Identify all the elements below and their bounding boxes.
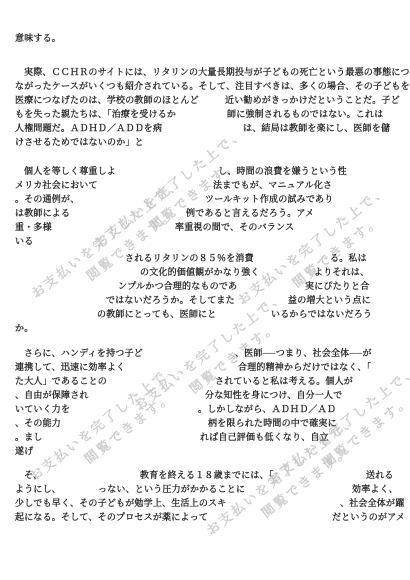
text-fragment: ンプルかつ合理的なものであ — [118, 281, 237, 291]
text-fragment: 人権問題だ。ＡＤＨＤ／ＡＤＤを病 — [15, 123, 162, 133]
text-fragment: 効率よく、 — [352, 484, 398, 494]
text-fragment: 、医師──つまり、社会全体──が — [235, 348, 372, 358]
text-fragment: 医療につなげたのは、学校の教師のほとんど — [15, 95, 199, 105]
text-fragment: だというのがアメ — [332, 512, 405, 522]
text-fragment: っない、という圧力がかかることに — [98, 484, 245, 494]
text-fragment: そ、 — [24, 470, 42, 480]
text-fragment: 実にぴたりと合 — [305, 281, 369, 291]
text-fragment: の文化的価値観がかなり強く — [140, 267, 260, 277]
text-fragment: 個人を等しく尊重しよ — [24, 166, 116, 176]
text-fragment: されるリタリンの８５％を消費 — [125, 253, 254, 263]
text-fragment: いる — [15, 236, 33, 246]
text-fragment: ようにし、 — [15, 484, 61, 494]
text-fragment: 法までもが、マニュアル化さ — [213, 180, 332, 190]
document-page: { "watermark": { "line1": "お支払いを完了した上で、"… — [0, 0, 410, 580]
text-fragment: 率重視の間で、そのバランス — [175, 222, 294, 232]
text-fragment: されていると私は考える。個人が — [215, 376, 353, 386]
text-fragment: 。しかしながら、ＡＤＨＤ／ＡＤ — [198, 404, 336, 414]
text-fragment: ではないだろうか。そしてまた — [106, 295, 235, 305]
text-fragment: 例であると言えるだろう。アメ — [186, 208, 314, 218]
text-fragment: 柄を限られた時間の中で確実に — [208, 418, 337, 428]
text-fragment: メリカ社会において — [15, 180, 98, 190]
text-fragment: か。 — [15, 323, 33, 333]
text-fragment: 教育を終える１８歳までには、「 — [140, 470, 274, 480]
text-fragment: 益の増大という点に — [288, 295, 371, 305]
text-fragment: よりそれは、 — [314, 267, 369, 277]
text-fragment: は教師による — [15, 208, 70, 218]
text-fragment: し、時間の浪費を嫌うという性 — [218, 166, 347, 176]
text-fragment: 。その通例が、 — [15, 194, 79, 204]
text-fragment: さらに、ハンディを持つ子ど — [24, 348, 143, 358]
text-fragment: ツールキット作成の試みであり — [205, 194, 333, 204]
text-fragment: 、社会全体が躍 — [340, 498, 404, 508]
text-fragment: 遂げ — [15, 446, 33, 456]
text-fragment: 連携して、迅速に効率よく — [15, 362, 125, 372]
text-fragment: の教師にとっても、医師にと — [97, 309, 216, 319]
text-fragment: 、その能力 — [15, 418, 61, 428]
text-fragment: 近い勧めがきっかけだということだ。子ど — [225, 95, 400, 105]
text-fragment: 意味する。 — [15, 33, 61, 43]
text-fragment: 少しでも早く、その子どもが勉学上、生活上のスキ — [15, 498, 226, 508]
text-fragment: た大人」であることの — [15, 376, 107, 386]
text-fragment: 師に強制されるものではない。これは — [227, 109, 383, 119]
text-fragment: 。まし — [15, 432, 43, 442]
text-fragment: 合理的精神からだけではなく、「 — [238, 362, 371, 372]
text-fragment: は、結局は教師を楽にし、医師を儲 — [243, 123, 390, 133]
text-fragment: る。私は — [330, 253, 367, 263]
text-fragment: いていく力を — [15, 404, 70, 414]
text-fragment: 重・多様 — [15, 222, 52, 232]
text-fragment: 送れる — [366, 470, 394, 480]
text-fragment: いるからではないだろう — [271, 309, 372, 319]
text-fragment: 起になる。そして、そのプロセスが薬によって — [15, 512, 208, 522]
document-body: お支払いを完了した上で、閲覧できます。お支払いを完了した上で、閲覧できます。お支… — [0, 0, 410, 580]
text-fragment: もを失った親たちは、「治療を受けるか — [15, 109, 176, 119]
text-fragment: 分な知性を身につけ、自分一人で — [205, 390, 342, 400]
text-fragment: れば自己評価も低くなり、自立 — [200, 432, 329, 442]
text-fragment: 実際、ＣＣＨＲのサイトには、リタリンの大量長期投与が子どもの死亡という最悪の事態… — [24, 67, 410, 77]
text-fragment: 、自由が保障され — [15, 390, 89, 400]
text-fragment: ながったケースがいくつも紹介されている。そして、注目すべきは、多くの場合、その子… — [15, 81, 410, 91]
text-fragment: けさせるためではないのか」と — [15, 137, 144, 147]
